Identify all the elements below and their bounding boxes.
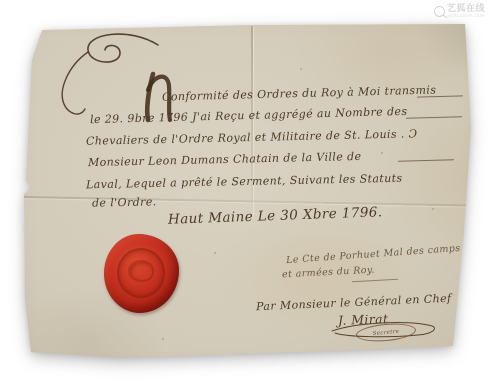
ruled-dash (417, 95, 463, 97)
paper-speck (381, 152, 383, 154)
signer-rank-line-2: et armées du Roy. (282, 266, 375, 280)
horizontal-fold-crease (24, 196, 468, 206)
red-wax-seal (104, 234, 179, 313)
body-line-3: Chevaliers de l'Ordre Royal et Militaire… (86, 128, 418, 147)
body-line-5: Laval, Lequel a prêté le Serment, Suivan… (86, 173, 403, 191)
body-line-4: Monsieur Leon Dumans Chatain de la Ville… (88, 151, 362, 168)
paper-speck (162, 338, 164, 340)
paper-shadow: Conformité des Ordres du Roy à Moi trans… (0, 0, 500, 387)
signer-rank-line-1: Le Cte de Porhuet Mal des camps (286, 244, 461, 266)
authorization-line: Par Monsieur le Général en Chef (256, 293, 452, 313)
stamp-text: Secretre (373, 328, 400, 336)
paper-speck (214, 252, 216, 254)
ruled-dash (352, 279, 398, 282)
ruled-dash (398, 159, 454, 161)
ruled-dash (406, 116, 462, 118)
body-line-1: Conformité des Ordres du Roy à Moi trans… (162, 84, 437, 102)
paper-speck (432, 208, 434, 210)
manuscript-paper: Conformité des Ordres du Roy à Moi trans… (0, 0, 500, 387)
body-line-6: de l'Ordre. (92, 196, 157, 208)
paper-speck (300, 68, 302, 70)
dateline: Haut Maine Le 30 Xbre 1796. (168, 206, 383, 227)
photo-of-document: 艺狐在线 artfoxlive.com (0, 0, 500, 387)
